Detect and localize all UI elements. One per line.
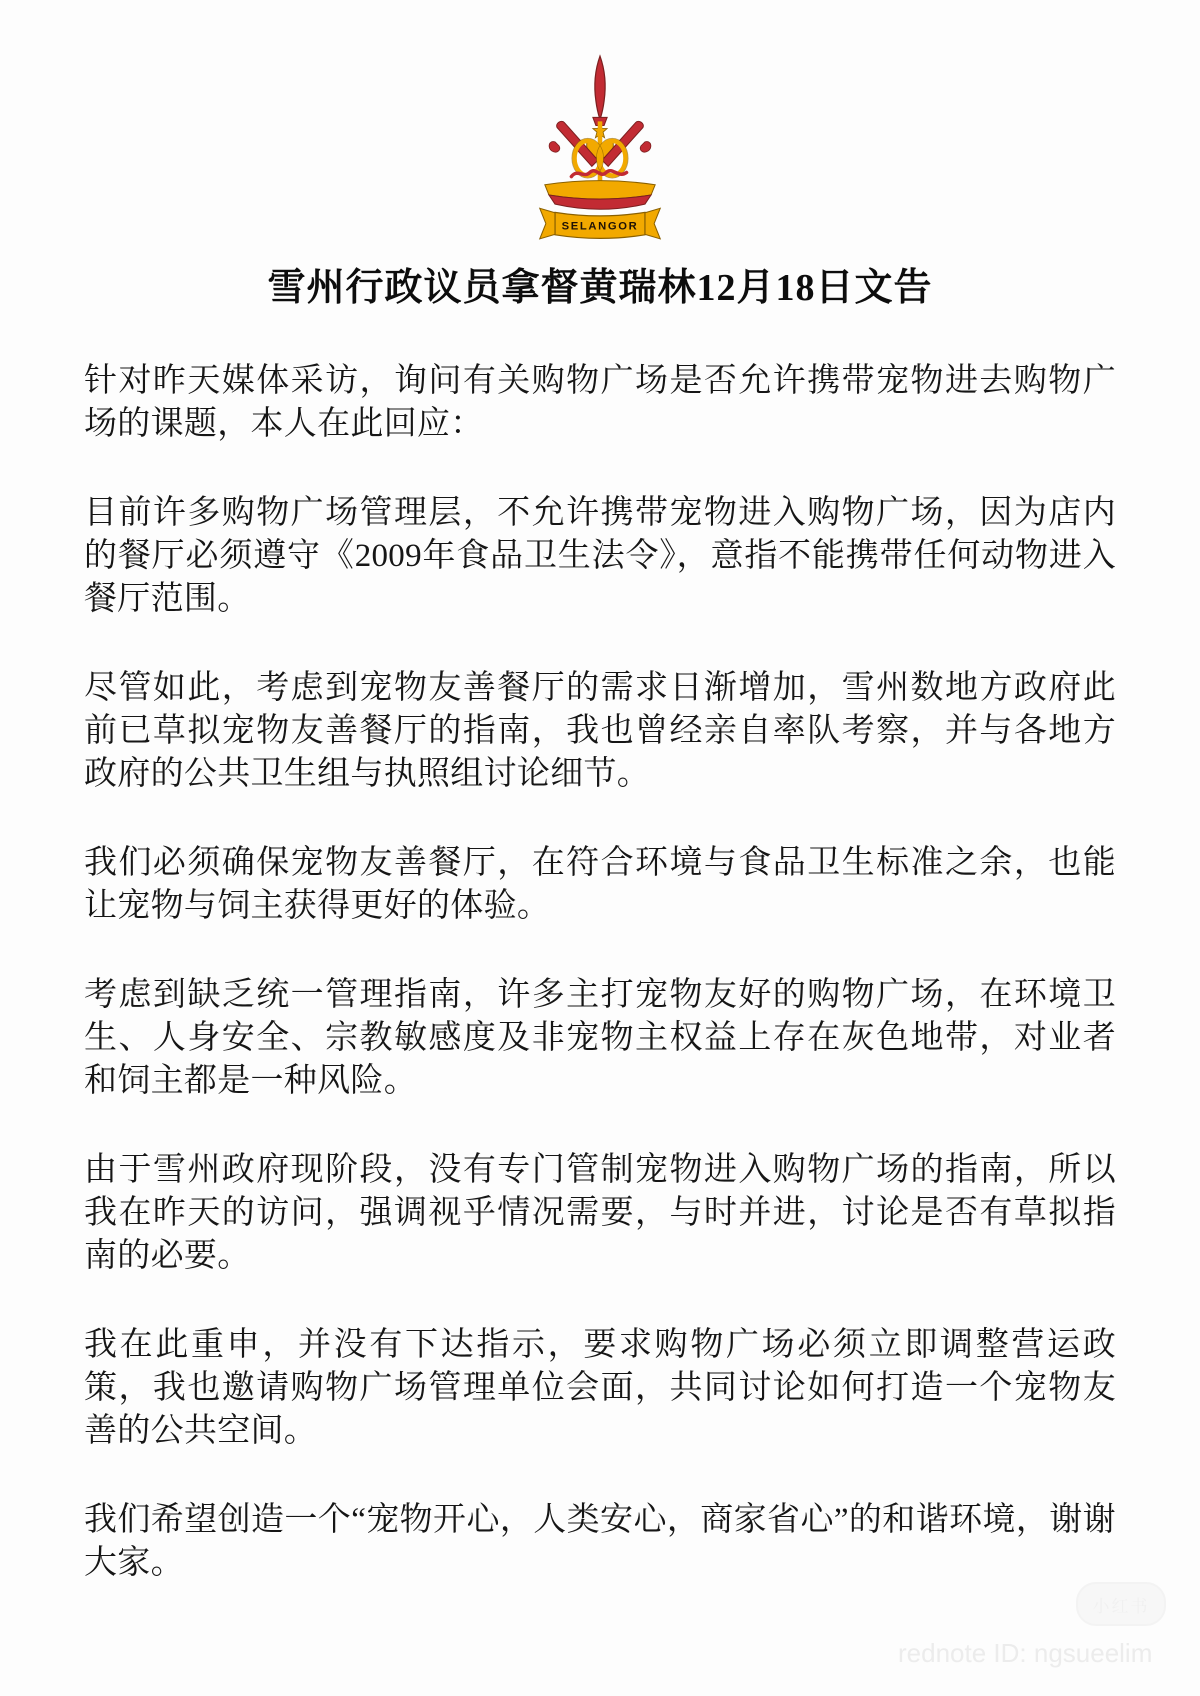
selangor-crest-graphic: SELANGOR (535, 54, 665, 244)
right-hilt-icon (640, 142, 651, 153)
paragraph: 我们必须确保宠物友善餐厅，在符合环境与食品卫生标准之余，也能让宠物与饲主获得更好… (84, 842, 1116, 928)
document-body: 针对昨天媒体采访，询问有关购物广场是否允许携带宠物进去购物广场的课题，本人在此回… (84, 360, 1116, 1585)
paragraph: 由于雪州政府现阶段，没有专门管制宠物进入购物广场的指南，所以我在昨天的访问，强调… (84, 1149, 1116, 1278)
document-title: 雪州行政议员拿督黄瑞林12月18日文告 (0, 256, 1200, 311)
selangor-crest: SELANGOR (535, 54, 665, 244)
paragraph: 我们希望创造一个“宠物开心，人类安心，商家省心”的和谐环境，谢谢大家。 (84, 1499, 1116, 1585)
paragraph: 考虑到缺乏统一管理指南，许多主打宠物友好的购物广场，在环境卫生、人身安全、宗教敏… (84, 974, 1116, 1103)
paragraph: 目前许多购物广场管理层，不允许携带宠物进入购物广场，因为店内的餐厅必须遵守《20… (84, 492, 1116, 621)
left-hilt-icon (549, 142, 560, 153)
rednote-logo-watermark: 小红书 (1076, 1582, 1166, 1626)
crest-banner-text: SELANGOR (562, 221, 639, 233)
rednote-id-watermark: rednote ID: ngsueelim (898, 1638, 1178, 1669)
kris-blade-icon (595, 56, 605, 119)
document-page: SELANGOR 雪州行政议员拿督黄瑞林12月18日文告 针对昨天媒体采访，询问… (0, 0, 1200, 1696)
paragraph: 我在此重申，并没有下达指示，要求购物广场必须立即调整营运政策，我也邀请购物广场管… (84, 1324, 1116, 1453)
paragraph: 针对昨天媒体采访，询问有关购物广场是否允许携带宠物进去购物广场的课题，本人在此回… (84, 360, 1116, 446)
paragraph: 尽管如此，考虑到宠物友善餐厅的需求日渐增加，雪州数地方政府此前已草拟宠物友善餐厅… (84, 667, 1116, 796)
